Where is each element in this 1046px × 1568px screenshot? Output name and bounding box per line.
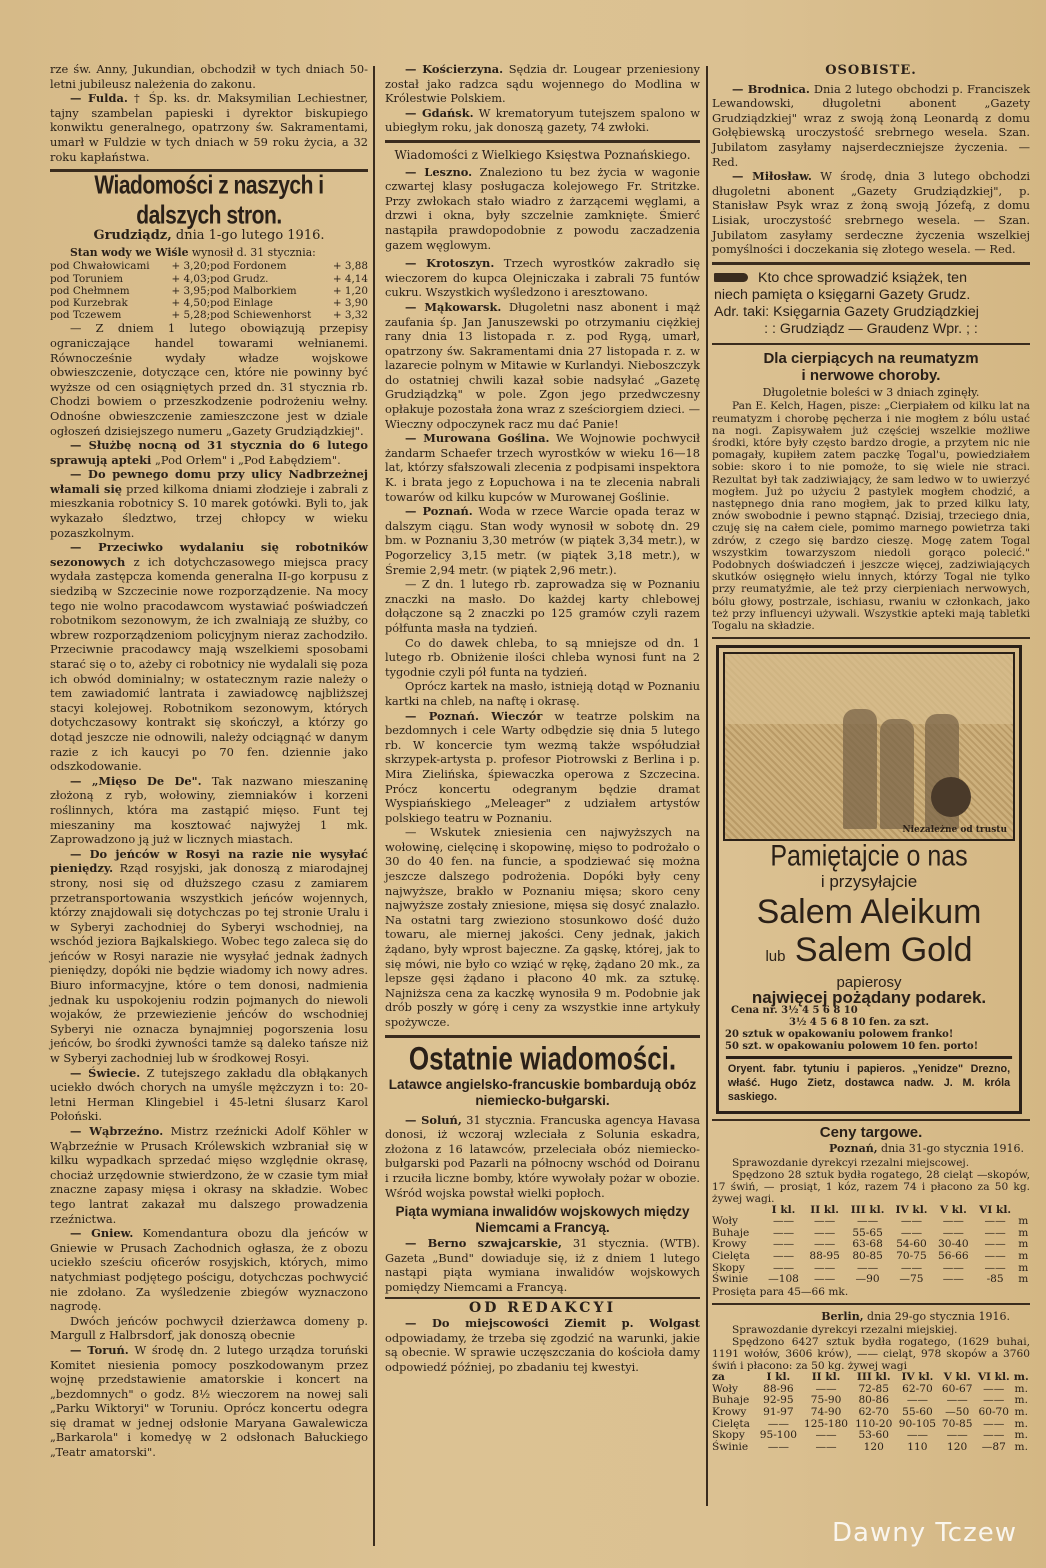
table-cell: -85 bbox=[974, 1274, 1017, 1286]
togal-subtitle: Długoletnie boleści w 3 dniach zginęły. bbox=[712, 386, 1030, 401]
water-level-row: pod Toruniem+ 4,03;pod Grudz.+ 4,14 bbox=[50, 273, 368, 285]
coin-seal-icon bbox=[931, 777, 971, 817]
table-cell: —50 bbox=[939, 1407, 975, 1419]
salem-brand-gold: lub Salem Gold bbox=[723, 931, 1015, 976]
article-dateline: — Fulda. bbox=[70, 91, 128, 105]
water-level-cell: + 4,03; bbox=[165, 273, 210, 285]
table-cell: —75 bbox=[890, 1274, 933, 1286]
dateline-place: Berlin, bbox=[821, 1310, 863, 1323]
table-cell: 120 bbox=[939, 1442, 975, 1454]
water-intro-text: wynosił d. 31 stycznia: bbox=[192, 246, 316, 259]
water-level-cell: pod Chełmnem bbox=[50, 285, 165, 297]
table-cell: m bbox=[1017, 1251, 1031, 1263]
article-swiecie: — Świecie. Z tutejszego zakładu dla obłą… bbox=[50, 1066, 368, 1124]
water-level-cell: pod Kurzebrak bbox=[50, 297, 165, 309]
table-row: Świnie—108———90—75——-85m bbox=[712, 1274, 1030, 1286]
section-rule bbox=[712, 1303, 1030, 1305]
table-cell: 110 bbox=[896, 1442, 940, 1454]
manufacturer: Oryent. fabr. tytuniu i papieros. „Yenid… bbox=[726, 1056, 1012, 1107]
section-rule bbox=[712, 262, 1030, 265]
article-text: z ich dotychczasowego miejsca pracy wyda… bbox=[50, 555, 368, 773]
table-cell: 70-75 bbox=[890, 1251, 933, 1263]
water-level-cell: pod Einlage bbox=[210, 297, 327, 309]
table-cell: Świnie bbox=[712, 1442, 757, 1454]
market-title: Ceny targowe. bbox=[712, 1126, 1030, 1141]
article-gniew-2: Dwóch jeńców pochwycił dzierżawca domeny… bbox=[50, 1314, 368, 1343]
article-lead: — Gniew. bbox=[70, 1226, 133, 1240]
article-makowarsk: — Mąkowarsk. Długoletni nasz abonent i m… bbox=[385, 300, 700, 431]
bookstore-ad-line: Adr. taki: Księgarnia Gazety Grudziądzki… bbox=[714, 304, 1028, 321]
price-label: Cena nr. bbox=[731, 1005, 778, 1016]
article-text: Rząd rosyjski, jak donoszą z miarodajnej… bbox=[50, 861, 368, 1065]
market-report: Sprawozdanie dyrekcyi rzezalni miejskiej… bbox=[712, 1324, 1030, 1336]
salem-line: Pamiętajcie o nas bbox=[723, 838, 1015, 874]
article-lead: — Krotoszyn. bbox=[405, 256, 494, 270]
article-lead: — Kościerzyna. bbox=[405, 62, 503, 76]
water-level-cell: + 1,20 bbox=[327, 285, 368, 297]
table-cell: 56-66 bbox=[933, 1251, 974, 1263]
article-welna: — Z dniem 1 lutego obowiązują przepisy o… bbox=[50, 321, 368, 438]
table-cell: Cielęta bbox=[712, 1251, 763, 1263]
personal-title: OSOBISTE. bbox=[712, 64, 1030, 79]
water-level-row: pod Chełmnem+ 3,95;pod Malborkiem+ 1,20 bbox=[50, 285, 368, 297]
table-cell: —— bbox=[890, 1216, 933, 1228]
water-level-cell: + 4,50; bbox=[165, 297, 210, 309]
bookstore-ad-line: niech pamięta o księgarni Gazety Grudz. bbox=[714, 287, 1028, 304]
article-lead: — Soluń, bbox=[405, 1113, 462, 1127]
dateline-place: Poznań, bbox=[829, 1142, 878, 1155]
table-row: Krowy91-9774-9062-7055-60—5060-70m. bbox=[712, 1407, 1030, 1419]
article-lead: — Gdańsk. bbox=[405, 106, 474, 120]
shipping-line: 50 szt. w opakowaniu polowem 10 fen. por… bbox=[723, 1041, 1015, 1053]
illustration-caption: Niezależne od trustu bbox=[902, 823, 1007, 838]
article-lead: — Brodnica. bbox=[732, 82, 810, 96]
table-cell: 74-90 bbox=[800, 1407, 852, 1419]
article-text: Długoletni nasz abonent i mąż zaufania ś… bbox=[385, 300, 700, 431]
article-mieso: — „Mięso De De". Tak nazwano mieszaninę … bbox=[50, 774, 368, 847]
section-rule bbox=[385, 1297, 700, 1299]
water-level-cell: pod Malborkiem bbox=[210, 285, 327, 297]
article-robotnicy: — Przeciwko wydalaniu się robotników sez… bbox=[50, 540, 368, 774]
water-level-row: pod Tczewem+ 5,28;pod Schiewenhorst+ 3,3… bbox=[50, 309, 368, 321]
newspaper-page: rze św. Anny, Jukundian, obchodził w tyc… bbox=[0, 0, 1046, 1568]
table-cell: —— bbox=[763, 1216, 804, 1228]
article-miloslaw: — Miłosław. W środę, dnia 3 lutego obcho… bbox=[712, 169, 1030, 257]
shipping-line: 20 sztuk w opakowaniu polowem franko! bbox=[723, 1029, 1015, 1041]
table-cell: —— bbox=[974, 1251, 1017, 1263]
article-text: W środę dn. 2 lutego urządza toruński Ko… bbox=[50, 1343, 368, 1459]
headline-inwalidzi: Piąta wymiana inwalidów wojskowych międz… bbox=[385, 1204, 700, 1236]
table-cell: 60-70 bbox=[975, 1407, 1012, 1419]
article-lead: — Wąbrzeźno. bbox=[70, 1124, 163, 1138]
article-solun: — Soluń, 31 stycznia. Francuska agencya … bbox=[385, 1113, 700, 1201]
price-numbers: 3½ 4 5 6 8 10 bbox=[781, 1005, 858, 1016]
watermark: Dawny Tczew bbox=[832, 1518, 1017, 1548]
table-cell: 62-70 bbox=[852, 1407, 896, 1419]
togal-title: Dla cierpiących na reumatyzm bbox=[712, 350, 1030, 367]
table-cell: —— bbox=[763, 1251, 804, 1263]
article-brodnica: — Brodnica. Dnia 2 lutego obchodzi p. Fr… bbox=[712, 82, 1030, 170]
bookstore-ad: Kto chce sprowadzić książek, ten niech p… bbox=[712, 270, 1030, 338]
article-lead: — Do miejscowości Ziemit p. Wolgast bbox=[405, 1316, 700, 1330]
article-apteki: — Służbę nocną od 31 stycznia do 6 luteg… bbox=[50, 438, 368, 467]
article-lead: — Poznań. bbox=[405, 504, 473, 518]
article-kartki: Oprócz kartek na masło, istnieją dotąd w… bbox=[385, 679, 700, 708]
article-gniew: — Gniew. Komendantura obozu dla jeńców w… bbox=[50, 1226, 368, 1314]
table-cell: —— bbox=[800, 1442, 852, 1454]
price-row: Cena nr. 3½ 4 5 6 8 10 bbox=[723, 1005, 1015, 1017]
table-cell: —— bbox=[845, 1216, 890, 1228]
article-goslina: — Murowana Goślina. We Wojnowie pochwyci… bbox=[385, 431, 700, 504]
table-cell: 91-97 bbox=[757, 1407, 801, 1419]
bookstore-ad-line: Kto chce sprowadzić książek, ten bbox=[714, 270, 1028, 287]
salem-brand-text: Salem Gold bbox=[795, 931, 973, 969]
ad-text: Kto chce sprowadzić książek, ten bbox=[758, 270, 967, 286]
table-cell: 120 bbox=[852, 1442, 896, 1454]
salem-line: i przysyłajcie bbox=[723, 871, 1015, 893]
article-koscierzyna: — Kościerzyna. Sędzia dr. Lougear przeni… bbox=[385, 62, 700, 106]
togal-title: i nerwowe choroby. bbox=[712, 367, 1030, 384]
article-text: Mistrz rzeźnicki Adolf Köhler w Wąbrzeźn… bbox=[50, 1124, 368, 1226]
article-poznan-wieczor: — Poznań. Wieczór w teatrze polskim na b… bbox=[385, 709, 700, 826]
article-fulda: — Fulda. † Śp. ks. dr. Maksymilian Lechi… bbox=[50, 91, 368, 164]
water-intro-bold: Stan wody we Wiśle bbox=[70, 246, 188, 259]
article-lead: — Toruń. bbox=[70, 1343, 129, 1357]
article-text: odpowiadamy, że trzeba się zgodzić na wa… bbox=[385, 1331, 700, 1374]
article-lead: — Leszno. bbox=[405, 165, 472, 179]
section-rule bbox=[712, 343, 1030, 345]
table-cell: m bbox=[1017, 1216, 1031, 1228]
table-cell: —— bbox=[757, 1442, 801, 1454]
berlin-price-table: zaI kl.II kl.III kl.IV kl.V kl.VI kl.m.W… bbox=[712, 1372, 1030, 1453]
table-row: Świnie————120110120—87m. bbox=[712, 1442, 1030, 1454]
article-lead: — „Mięso De De". bbox=[70, 774, 202, 788]
poznan-price-table: I kl.II kl.III kl.IV kl.V kl.VI kl.Woły—… bbox=[712, 1205, 1030, 1286]
article-gdansk: — Gdańsk. W krematoryum tutejszem spalon… bbox=[385, 106, 700, 135]
column-divider bbox=[706, 66, 708, 1506]
water-level-cell: + 3,32 bbox=[327, 309, 368, 321]
section-rule bbox=[712, 1119, 1030, 1121]
article-poznan-woda: — Poznań. Woda w rzece Warcie opada tera… bbox=[385, 504, 700, 577]
table-cell: —— bbox=[933, 1274, 974, 1286]
market-text: Spędzono 6427 sztuk bydła rogatego, (162… bbox=[712, 1336, 1030, 1372]
salem-brand: Salem Aleikum bbox=[723, 893, 1015, 931]
article-wabrzezno: — Wąbrzeźno. Mistrz rzeźnicki Adolf Köhl… bbox=[50, 1124, 368, 1226]
table-row: Cielęta——88-9580-8570-7556-66——m bbox=[712, 1251, 1030, 1263]
water-level-cell: pod Chwałowicami bbox=[50, 260, 165, 272]
editorial-title: OD REDAKCYI bbox=[385, 1301, 700, 1316]
soldier-figure bbox=[843, 709, 877, 829]
article-torun: — Toruń. W środę dn. 2 lutego urządza to… bbox=[50, 1343, 368, 1460]
table-cell: —87 bbox=[975, 1442, 1012, 1454]
section-rule bbox=[385, 140, 700, 143]
article-lead: — Berno szwajcarskie, bbox=[405, 1236, 562, 1250]
dateline-date: dnia 31-go stycznia 1916. bbox=[881, 1142, 1024, 1155]
article-ceny: — Wskutek zniesienia cen najwyższych na … bbox=[385, 825, 700, 1029]
market-footer: Prosięta para 45—66 mk. bbox=[712, 1286, 1030, 1298]
article-jency: — Do jeńców w Rosyi na razie nie wysyłać… bbox=[50, 847, 368, 1066]
article-kradziez: — Do pewnego domu przy ulicy Nadbrzeżnej… bbox=[50, 467, 368, 540]
article-continuation: rze św. Anny, Jukundian, obchodził w tyc… bbox=[50, 62, 368, 91]
water-level-cell: + 3,90 bbox=[327, 297, 368, 309]
article-text: „Pod Orłem" i „Pod Łabędziem". bbox=[155, 453, 341, 467]
water-level-cell: + 3,88 bbox=[327, 260, 368, 272]
water-level-cell: + 3,20; bbox=[165, 260, 210, 272]
left-column: rze św. Anny, Jukundian, obchodził w tyc… bbox=[50, 62, 368, 1460]
dateline-date: dnia 29-go stycznia 1916. bbox=[867, 1310, 1010, 1323]
headline-latawce: Latawce angielsko-francuskie bombardują … bbox=[385, 1077, 700, 1109]
water-level-cell: pod Grudz. bbox=[210, 273, 327, 285]
soldier-figure bbox=[880, 719, 914, 829]
table-cell: m bbox=[1017, 1274, 1031, 1286]
dateline: Berlin, dnia 29-go stycznia 1916. bbox=[712, 1310, 1030, 1325]
water-level-cell: pod Toruniem bbox=[50, 273, 165, 285]
water-level-cell: + 5,28; bbox=[165, 309, 210, 321]
togal-text: Pan E. Kelch, Hagen, pisze: „Cierpiałem … bbox=[712, 400, 1030, 632]
market-report: Sprawozdanie dyrekcyi rzezalni miejscowe… bbox=[712, 1157, 1030, 1169]
table-cell: m. bbox=[1012, 1407, 1030, 1419]
water-level-cell: + 4,14 bbox=[327, 273, 368, 285]
salem-line: najwięcej pożądany podarek. bbox=[723, 991, 1015, 1006]
price-values: 3½ 4 5 6 8 10 fen. za szt. bbox=[723, 1017, 1015, 1029]
section-rule bbox=[385, 1035, 700, 1038]
table-row: Woły————————————m bbox=[712, 1216, 1030, 1228]
article-leszno: — Leszno. Znaleziono tu bez życia w wago… bbox=[385, 165, 700, 253]
article-krotoszyn: — Krotoszyn. Trzech wyrostków zakradło s… bbox=[385, 256, 700, 300]
salem-ad: Niezależne od trustu Pamiętajcie o nas i… bbox=[716, 645, 1022, 1114]
section-rule bbox=[712, 637, 1030, 639]
table-cell: —— bbox=[804, 1274, 845, 1286]
dateline: Poznań, dnia 31-go stycznia 1916. bbox=[712, 1142, 1030, 1157]
salem-prefix: lub bbox=[765, 948, 785, 965]
water-level-row: pod Chwałowicami+ 3,20;pod Fordonem+ 3,8… bbox=[50, 260, 368, 272]
article-berno: — Berno szwajcarskie, 31 stycznia. (WTB)… bbox=[385, 1236, 700, 1294]
article-maslo: — Z dn. 1 lutego rb. zaprowadza się w Po… bbox=[385, 577, 700, 635]
table-cell: —— bbox=[933, 1216, 974, 1228]
latest-news-title: Ostatnie wiadomości. bbox=[385, 1039, 700, 1077]
article-lead: — Mąkowarsk. bbox=[405, 300, 501, 314]
bookstore-ad-line: : : Grudziądz — Graudenz Wpr. ; : bbox=[714, 321, 1028, 338]
article-chleb: Co do dawek chleba, to są mniejsze od dn… bbox=[385, 636, 700, 680]
table-cell: 80-85 bbox=[845, 1251, 890, 1263]
table-cell: 55-60 bbox=[896, 1407, 940, 1419]
water-level-row: pod Kurzebrak+ 4,50;pod Einlage+ 3,90 bbox=[50, 297, 368, 309]
article-lead: — Miłosław. bbox=[732, 169, 812, 183]
water-level-cell: pod Tczewem bbox=[50, 309, 165, 321]
table-cell: Świnie bbox=[712, 1274, 763, 1286]
table-cell: Krowy bbox=[712, 1407, 757, 1419]
market-text: Spędzono 28 sztuk bydła rogatego, 28 cie… bbox=[712, 1169, 1030, 1205]
table-cell: 88-95 bbox=[804, 1251, 845, 1263]
soldiers-illustration: Niezależne od trustu bbox=[723, 652, 1015, 841]
table-cell: m. bbox=[1012, 1442, 1030, 1454]
article-lead: — Murowana Goślina. bbox=[405, 431, 549, 445]
water-level-table: pod Chwałowicami+ 3,20;pod Fordonem+ 3,8… bbox=[50, 260, 368, 321]
table-cell: —— bbox=[804, 1216, 845, 1228]
table-cell: Woły bbox=[712, 1216, 763, 1228]
column-divider bbox=[373, 66, 375, 1546]
article-lead: — Świecie. bbox=[70, 1066, 140, 1080]
water-intro: Stan wody we Wiśle wynosił d. 31 styczni… bbox=[50, 246, 368, 261]
table-cell: —108 bbox=[763, 1274, 804, 1286]
water-level-cell: + 3,95; bbox=[165, 285, 210, 297]
water-level-cell: pod Schiewenhorst bbox=[210, 309, 327, 321]
section-title: Wiadomości z naszych i dalszych stron. bbox=[50, 171, 368, 231]
right-column: OSOBISTE. — Brodnica. Dnia 2 lutego obch… bbox=[712, 62, 1030, 1453]
table-cell: —90 bbox=[845, 1274, 890, 1286]
poznan-section-title: Wiadomości z Wielkiego Księstwa Poznańsk… bbox=[385, 148, 700, 163]
togal-ad: Dla cierpiących na reumatyzm i nerwowe c… bbox=[712, 350, 1030, 632]
middle-column: — Kościerzyna. Sędzia dr. Lougear przeni… bbox=[385, 62, 700, 1375]
article-redakcyi: — Do miejscowości Ziemit p. Wolgast odpo… bbox=[385, 1316, 700, 1374]
pointing-hand-icon bbox=[714, 273, 748, 282]
article-text: w teatrze polskim na bezdomnych i cele W… bbox=[385, 709, 700, 825]
water-level-cell: pod Fordonem bbox=[210, 260, 327, 272]
table-cell: —— bbox=[974, 1216, 1017, 1228]
dateline: Grudziądz, dnia 1-go lutego 1916. bbox=[50, 229, 368, 244]
article-lead: — Poznań. Wieczór bbox=[405, 709, 542, 723]
